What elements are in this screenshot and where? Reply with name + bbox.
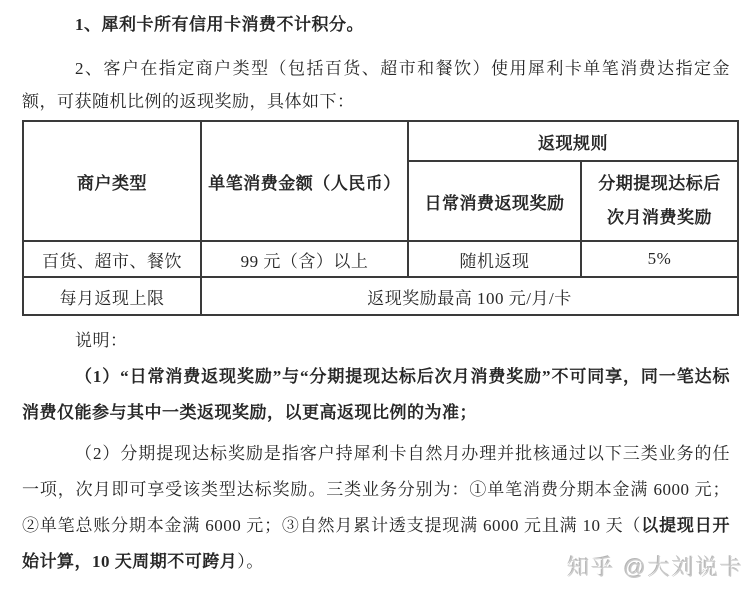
cell-merchant: 百货、超市、餐饮 — [23, 241, 201, 277]
header-single-amount: 单笔消费金额（人民币） — [201, 121, 408, 241]
note-2-tail: ）。 — [237, 552, 264, 571]
table-header-row-1: 商户类型 单笔消费金额（人民币） 返现规则 — [23, 121, 738, 161]
header-installment-line2: 次月消费奖励 — [586, 201, 733, 235]
cell-cap-value: 返现奖励最高 100 元/月/卡 — [201, 277, 738, 315]
cell-installment-reward: 5% — [581, 241, 738, 277]
table-cap-row: 每月返现上限 返现奖励最高 100 元/月/卡 — [23, 277, 738, 315]
cell-cap-label: 每月返现上限 — [23, 277, 201, 315]
intro-item-2: 2、客户在指定商户类型（包括百货、超市和餐饮）使用犀利卡单笔消费达指定金额，可获… — [22, 52, 730, 118]
header-installment-line1: 分期提现达标后 — [586, 167, 733, 201]
note-2-text: （2）分期提现达标奖励是指客户持犀利卡自然月办理并批核通过以下三类业务的任一项，… — [22, 444, 730, 535]
header-installment-reward: 分期提现达标后 次月消费奖励 — [581, 161, 738, 241]
cell-daily-reward: 随机返现 — [408, 241, 581, 277]
header-daily-reward: 日常消费返现奖励 — [408, 161, 581, 241]
cashback-rules-table: 商户类型 单笔消费金额（人民币） 返现规则 日常消费返现奖励 分期提现达标后 次… — [22, 120, 739, 316]
intro-item-1: 1、犀利卡所有信用卡消费不计积分。 — [22, 10, 730, 40]
header-cashback-rules: 返现规则 — [408, 121, 738, 161]
notes-label: 说明： — [22, 324, 730, 357]
zhihu-watermark: 知乎 @大刘说卡 — [568, 551, 744, 582]
document-page: 1、犀利卡所有信用卡消费不计积分。 2、客户在指定商户类型（包括百货、超市和餐饮… — [0, 0, 754, 590]
table-data-row: 百货、超市、餐饮 99 元（含）以上 随机返现 5% — [23, 241, 738, 277]
header-merchant-type: 商户类型 — [23, 121, 201, 241]
note-1: （1）“日常消费返现奖励”与“分期提现达标后次月消费奖励”不可同享，同一笔达标消… — [22, 359, 730, 431]
cell-amount: 99 元（含）以上 — [201, 241, 408, 277]
